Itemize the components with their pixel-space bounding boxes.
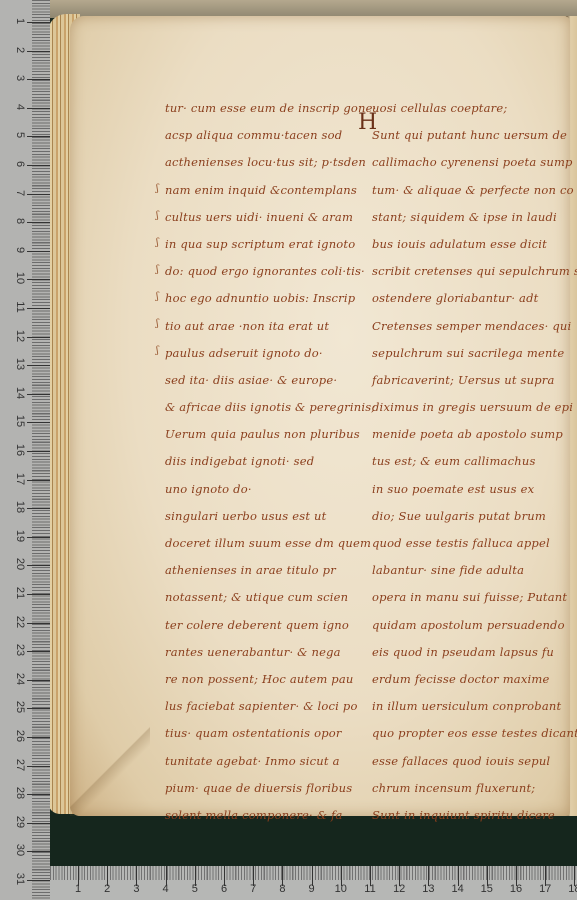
ruler-major-tick xyxy=(27,22,50,23)
ruler-major-tick xyxy=(27,480,50,481)
ruler-label: 11 xyxy=(360,883,380,895)
ruler-label: 6 xyxy=(14,154,26,174)
manuscript-line: rantes uenerabantur· & nega xyxy=(165,639,375,666)
ruler-major-tick xyxy=(27,365,50,366)
margin-mark: ʃ xyxy=(156,345,159,356)
manuscript-line: diis indigebat ignoti· sed xyxy=(165,448,375,475)
ruler-label: 15 xyxy=(477,883,497,895)
ruler-label: 16 xyxy=(506,883,526,895)
ruler-label: 16 xyxy=(14,440,26,460)
ruler-major-tick xyxy=(27,51,50,52)
ruler-label: 8 xyxy=(272,883,292,895)
manuscript-line: menide poeta ab apostolo sump xyxy=(372,421,572,448)
manuscript-line: sed ita· diis asiae· & europe· xyxy=(165,367,375,394)
ruler-label: 1 xyxy=(68,883,88,895)
manuscript-line: quod esse testis falluca appel xyxy=(372,530,572,557)
manuscript-line: chrum incensum fluxerunt; xyxy=(372,775,572,802)
manuscript-line: in suo poemate est usus ex xyxy=(372,476,572,503)
ruler-label: 13 xyxy=(418,883,438,895)
ruler-label: 3 xyxy=(14,68,26,88)
horizontal-ruler: 123456789101112131415161718 xyxy=(50,866,577,900)
manuscript-line: notassent; & utique cum scien xyxy=(165,584,375,611)
ruler-label: 4 xyxy=(14,97,26,117)
ruler-label: 7 xyxy=(243,883,263,895)
ruler-major-tick xyxy=(27,337,50,338)
margin-mark: ʃ xyxy=(156,318,159,329)
ruler-label: 11 xyxy=(14,297,26,317)
manuscript-line: acthenienses locu·tus sit; p·tsden xyxy=(165,149,375,176)
ruler-major-tick xyxy=(27,108,50,109)
manuscript-line: Cretenses semper mendaces· qui xyxy=(372,313,572,340)
ruler-major-tick xyxy=(27,823,50,824)
manuscript-line: bus iouis adulatum esse dicit xyxy=(372,231,572,258)
manuscript-line: athenienses in arae titulo pr xyxy=(165,557,375,584)
text-column-left: tur· cum esse eum de inscrip gone·acsp a… xyxy=(165,95,375,829)
ruler-label: 10 xyxy=(331,883,351,895)
ruler-label: 26 xyxy=(14,726,26,746)
text-column-right: uosi cellulas coeptare;Sunt qui putant h… xyxy=(372,95,572,829)
manuscript-line: singulari uerbo usus est ut xyxy=(165,503,375,530)
ruler-major-tick xyxy=(27,680,50,681)
margin-mark: ʃ xyxy=(156,210,159,221)
ruler-label: 17 xyxy=(535,883,555,895)
manuscript-line: Uerum quia paulus non pluribus xyxy=(165,421,375,448)
margin-mark: ʃ xyxy=(156,291,159,302)
ruler-major-tick xyxy=(27,394,50,395)
manuscript-line: re non possent; Hoc autem pau xyxy=(165,666,375,693)
manuscript-line: pium· quae de diuersis floribus xyxy=(165,775,375,802)
manuscript-line: tio aut arae ·non ita erat ut xyxy=(165,313,375,340)
ruler-label: 20 xyxy=(14,554,26,574)
ruler-label: 19 xyxy=(14,526,26,546)
manuscript-line: Sunt qui putant hunc uersum de xyxy=(372,122,572,149)
ruler-label: 8 xyxy=(14,211,26,231)
manuscript-line: sepulchrum sui sacrilega mente xyxy=(372,340,572,367)
ruler-label: 28 xyxy=(14,783,26,803)
manuscript-line: tum· & aliquae & perfecte non co xyxy=(372,177,572,204)
ruler-label: 3 xyxy=(126,883,146,895)
ruler-major-tick xyxy=(27,136,50,137)
ruler-major-tick xyxy=(27,194,50,195)
ruler-label: 18 xyxy=(564,883,577,895)
ruler-major-tick xyxy=(27,594,50,595)
ruler-major-tick xyxy=(27,508,50,509)
ruler-major-tick xyxy=(27,308,50,309)
ruler-major-tick xyxy=(27,851,50,852)
ruler-major-tick xyxy=(27,251,50,252)
ruler-label: 2 xyxy=(14,40,26,60)
manuscript-line: nam enim inquid &contemplans xyxy=(165,177,375,204)
ruler-major-tick xyxy=(27,623,50,624)
ruler-major-tick xyxy=(27,422,50,423)
manuscript-line: eis quod in pseudam lapsus fu xyxy=(372,639,572,666)
manuscript-line: quo propter eos esse testes dicant xyxy=(372,720,572,747)
ruler-label: 1 xyxy=(14,11,26,31)
ruler-label: 22 xyxy=(14,612,26,632)
ruler-major-tick xyxy=(27,279,50,280)
ruler-ticks xyxy=(50,866,577,880)
manuscript-line: doceret illum suum esse dm quem xyxy=(165,530,375,557)
manuscript-line: esse fallaces quod iouis sepul xyxy=(372,748,572,775)
manuscript-line: callimacho cyrenensi poeta sump xyxy=(372,149,572,176)
manuscript-line: tur· cum esse eum de inscrip gone· xyxy=(165,95,375,122)
manuscript-line: uosi cellulas coeptare; xyxy=(372,95,572,122)
manuscript-line: lus faciebat sapienter· & loci po xyxy=(165,693,375,720)
manuscript-line: quidam apostolum persuadendo xyxy=(372,612,572,639)
ruler-label: 4 xyxy=(156,883,176,895)
ruler-label: 30 xyxy=(14,840,26,860)
ruler-label: 9 xyxy=(14,240,26,260)
manuscript-line: in illum uersiculum conprobant xyxy=(372,693,572,720)
ruler-major-tick xyxy=(27,165,50,166)
ruler-label: 13 xyxy=(14,354,26,374)
manuscript-line: scribit cretenses qui sepulchrum se xyxy=(372,258,572,285)
ruler-label: 23 xyxy=(14,640,26,660)
ruler-label: 27 xyxy=(14,755,26,775)
folded-corner xyxy=(70,720,150,816)
manuscript-line: paulus adseruit ignoto do· xyxy=(165,340,375,367)
ruler-major-tick xyxy=(27,708,50,709)
manuscript-line: labantur· sine fide adulta xyxy=(372,557,572,584)
ruler-label: 14 xyxy=(448,883,468,895)
ruler-major-tick xyxy=(27,79,50,80)
manuscript-line: erdum fecisse doctor maxime xyxy=(372,666,572,693)
manuscript-line: Sunt in inquiunt spiritu dicere xyxy=(372,802,572,829)
manuscript-line: fabricaverint; Uersus ut supra xyxy=(372,367,572,394)
ruler-label: 18 xyxy=(14,497,26,517)
ruler-label: 15 xyxy=(14,411,26,431)
ruler-label: 7 xyxy=(14,183,26,203)
ruler-label: 10 xyxy=(14,268,26,288)
manuscript-line: tius· quam ostentationis opor xyxy=(165,720,375,747)
ruler-label: 17 xyxy=(14,469,26,489)
ruler-major-tick xyxy=(27,222,50,223)
ruler-label: 31 xyxy=(14,869,26,889)
manuscript-line: hoc ego adnuntio uobis: Inscrip xyxy=(165,285,375,312)
manuscript-line: stant; siquidem & ipse in laudi xyxy=(372,204,572,231)
ruler-major-tick xyxy=(27,794,50,795)
manuscript-line: ter colere deberent quem igno xyxy=(165,612,375,639)
manuscript-line: tus est; & eum callimachus xyxy=(372,448,572,475)
ruler-label: 12 xyxy=(14,326,26,346)
margin-mark: ʃ xyxy=(156,237,159,248)
manuscript-line: in qua sup scriptum erat ignoto xyxy=(165,231,375,258)
manuscript-line: dio; Sue uulgaris putat brum xyxy=(372,503,572,530)
manuscript-line: tunitate agebat· Inmo sicut a xyxy=(165,748,375,775)
ruler-label: 24 xyxy=(14,669,26,689)
margin-mark: ʃ xyxy=(156,183,159,194)
margin-mark: ʃ xyxy=(156,264,159,275)
ruler-label: 6 xyxy=(214,883,234,895)
ruler-major-tick xyxy=(27,737,50,738)
manuscript-line: uno ignoto do· xyxy=(165,476,375,503)
ruler-label: 21 xyxy=(14,583,26,603)
ruler-label: 5 xyxy=(185,883,205,895)
ruler-label: 9 xyxy=(302,883,322,895)
manuscript-line: cultus uers uidi· inueni & aram xyxy=(165,204,375,231)
ruler-major-tick xyxy=(27,651,50,652)
ruler-label: 25 xyxy=(14,697,26,717)
manuscript-line: do: quod ergo ignorantes coli·tis· xyxy=(165,258,375,285)
ruler-major-tick xyxy=(27,766,50,767)
manuscript-line: opera in manu sui fuisse; Putant xyxy=(372,584,572,611)
manuscript-line: acsp aliqua commu·tacen sod xyxy=(165,122,375,149)
ruler-label: 2 xyxy=(97,883,117,895)
manuscript-line: solent mella componere· & fa xyxy=(165,802,375,829)
manuscript-line: diximus in gregis uersuum de epi xyxy=(372,394,572,421)
vertical-ruler: 1234567891011121314151617181920212223242… xyxy=(0,0,50,900)
ruler-major-tick xyxy=(27,451,50,452)
ruler-label: 29 xyxy=(14,812,26,832)
manuscript-line: & africae diis ignotis & peregrinis; xyxy=(165,394,375,421)
ruler-label: 12 xyxy=(389,883,409,895)
ruler-major-tick xyxy=(27,880,50,881)
manuscript-line: ostendere gloriabantur· adt xyxy=(372,285,572,312)
ruler-major-tick xyxy=(27,537,50,538)
ruler-label: 14 xyxy=(14,383,26,403)
ruler-major-tick xyxy=(27,565,50,566)
ruler-label: 5 xyxy=(14,125,26,145)
